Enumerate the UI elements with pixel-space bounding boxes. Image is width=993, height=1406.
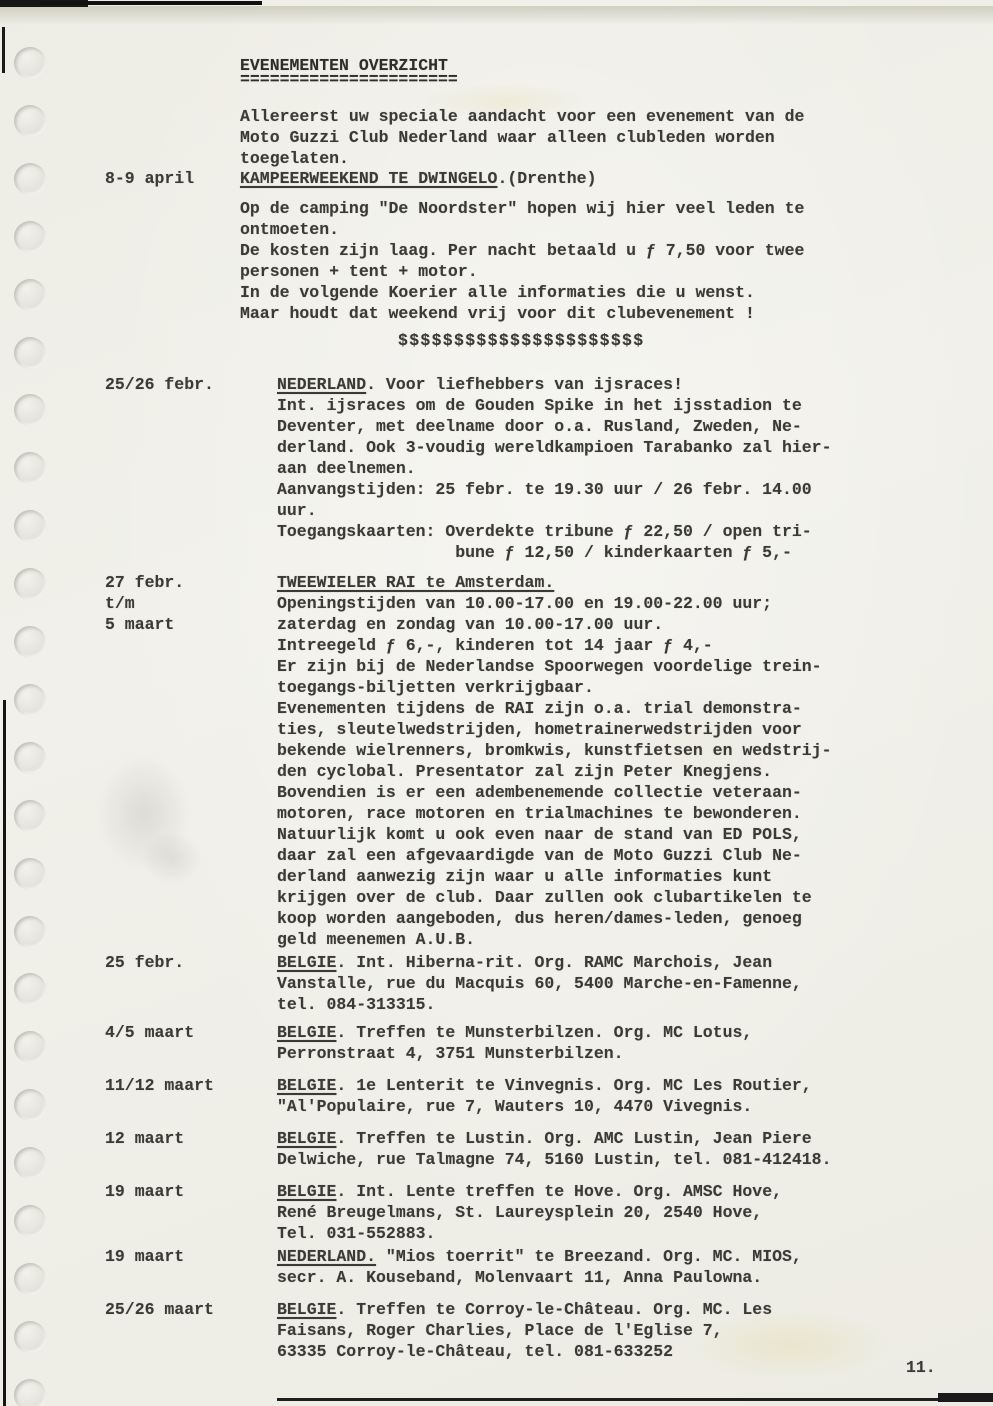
event-line: Toegangskaarten: Overdekte tribune ƒ 22,… — [277, 521, 965, 542]
event-line: Er zijn bij de Nederlandse Spoorwegen vo… — [277, 656, 965, 677]
event-line: Bovendien is er een adembenemende collec… — [277, 782, 965, 803]
event-first-line-rest: . Treffen te Munsterbilzen. Org. MC Lotu… — [336, 1023, 752, 1042]
event-date: 19 maart — [105, 1181, 184, 1202]
event-line: Faisans, Roger Charlies, Place de l'Egli… — [277, 1320, 965, 1341]
event-country-label: NEDERLAND. — [277, 1247, 376, 1266]
event-line: secr. A. Kouseband, Molenvaart 11, Anna … — [277, 1267, 965, 1288]
event-body: BELGIE. 1e Lenterit te Vinvegnis. Org. M… — [277, 1075, 965, 1117]
event-first-line: BELGIE. Int. Lente treffen te Hove. Org.… — [277, 1181, 965, 1202]
event-country-label: BELGIE — [277, 1129, 336, 1148]
event-line: bune ƒ 12,50 / kinderkaarten ƒ 5,- — [277, 542, 965, 563]
event-first-line-rest: . Treffen te Corroy-le-Château. Org. MC.… — [336, 1300, 772, 1319]
event-line: Openingstijden van 10.00-17.00 en 19.00-… — [277, 593, 965, 614]
event-first-line-rest: . 1e Lenterit te Vinvegnis. Org. MC Les … — [336, 1076, 811, 1095]
event-line: den cyclobal. Presentator zal zijn Peter… — [277, 761, 965, 782]
event-line: Tel. 031-552883. — [277, 1223, 965, 1244]
event-date: 11/12 maart — [105, 1075, 214, 1096]
event-line: geld meenemen A.U.B. — [277, 929, 965, 950]
event-first-line: NEDERLAND. Voor liefhebbers van ijsraces… — [277, 374, 965, 395]
event-row: 25/26 febr.NEDERLAND. Voor liefhebbers v… — [105, 374, 965, 563]
event-line: Int. ijsraces om de Gouden Spike in het … — [277, 395, 965, 416]
event-line: Perronstraat 4, 3751 Munsterbilzen. — [277, 1043, 965, 1064]
event-line: motoren, race motoren en trialmachines t… — [277, 803, 965, 824]
event-first-line: BELGIE. Treffen te Munsterbilzen. Org. M… — [277, 1022, 965, 1043]
events-list: 25/26 febr.NEDERLAND. Voor liefhebbers v… — [0, 0, 993, 1406]
event-body: BELGIE. Int. Lente treffen te Hove. Org.… — [277, 1181, 965, 1244]
event-line: tel. 084-313315. — [277, 994, 965, 1015]
event-line: Aanvangstijden: 25 febr. te 19.30 uur / … — [277, 479, 965, 500]
event-body: BELGIE. Treffen te Corroy-le-Château. Or… — [277, 1299, 965, 1362]
event-line: René Breugelmans, St. Laureysplein 20, 2… — [277, 1202, 965, 1223]
event-row: 12 maartBELGIE. Treffen te Lustin. Org. … — [105, 1128, 965, 1170]
event-line: uur. — [277, 500, 965, 521]
event-country-label: TWEEWIELER RAI te Amsterdam. — [277, 573, 554, 592]
event-row: 27 febr. t/m 5 maartTWEEWIELER RAI te Am… — [105, 572, 965, 950]
event-body: BELGIE. Treffen te Munsterbilzen. Org. M… — [277, 1022, 965, 1064]
event-country-label: BELGIE — [277, 1023, 336, 1042]
event-line: derland aanwezig zijn waar u alle inform… — [277, 866, 965, 887]
event-line: 63335 Corroy-le-Château, tel. 081-633252 — [277, 1341, 965, 1362]
event-date: 25/26 maart — [105, 1299, 214, 1320]
event-country-label: BELGIE — [277, 1182, 336, 1201]
event-line: derland. Ook 3-voudig wereldkampioen Tar… — [277, 437, 965, 458]
event-line: krijgen over de club. Daar zullen ook cl… — [277, 887, 965, 908]
event-line: "Al'Populaire, rue 7, Wauters 10, 4470 V… — [277, 1096, 965, 1117]
event-first-line: TWEEWIELER RAI te Amsterdam. — [277, 572, 965, 593]
event-first-line-rest: . Voor liefhebbers van ijsraces! — [366, 375, 683, 394]
event-line: Intreegeld ƒ 6,-, kinderen tot 14 jaar ƒ… — [277, 635, 965, 656]
event-date: 19 maart — [105, 1246, 184, 1267]
event-country-label: BELGIE — [277, 953, 336, 972]
event-first-line: BELGIE. Int. Hiberna-rit. Org. RAMC Marc… — [277, 952, 965, 973]
event-line: toegangs-biljetten verkrijgbaar. — [277, 677, 965, 698]
event-first-line: BELGIE. Treffen te Corroy-le-Château. Or… — [277, 1299, 965, 1320]
event-body: BELGIE. Int. Hiberna-rit. Org. RAMC Marc… — [277, 952, 965, 1015]
event-date: 12 maart — [105, 1128, 184, 1149]
page-number: 11. — [906, 1357, 936, 1378]
event-row: 25 febr.BELGIE. Int. Hiberna-rit. Org. R… — [105, 952, 965, 1015]
event-line: Delwiche, rue Talmagne 74, 5160 Lustin, … — [277, 1149, 965, 1170]
event-row: 11/12 maartBELGIE. 1e Lenterit te Vinveg… — [105, 1075, 965, 1117]
event-line: Natuurlijk komt u ook even naar de stand… — [277, 824, 965, 845]
event-line: Deventer, met deelname door o.a. Rusland… — [277, 416, 965, 437]
event-country-label: BELGIE — [277, 1076, 336, 1095]
event-date: 27 febr. t/m 5 maart — [105, 572, 184, 635]
event-first-line: NEDERLAND. "Mios toerrit" te Breezand. O… — [277, 1246, 965, 1267]
event-line: Vanstalle, rue du Macquis 60, 5400 March… — [277, 973, 965, 994]
event-first-line-rest: "Mios toerrit" te Breezand. Org. MC. MIO… — [376, 1247, 802, 1266]
event-first-line: BELGIE. 1e Lenterit te Vinvegnis. Org. M… — [277, 1075, 965, 1096]
event-row: 19 maartNEDERLAND. "Mios toerrit" te Bre… — [105, 1246, 965, 1288]
event-first-line-rest: . Int. Hiberna-rit. Org. RAMC Marchois, … — [336, 953, 772, 972]
event-row: 25/26 maartBELGIE. Treffen te Corroy-le-… — [105, 1299, 965, 1362]
event-line: aan deelnemen. — [277, 458, 965, 479]
event-date: 25 febr. — [105, 952, 184, 973]
event-row: 4/5 maartBELGIE. Treffen te Munsterbilze… — [105, 1022, 965, 1064]
event-line: koop worden aangeboden, dus heren/dames-… — [277, 908, 965, 929]
event-body: TWEEWIELER RAI te Amsterdam.Openingstijd… — [277, 572, 965, 950]
event-body: BELGIE. Treffen te Lustin. Org. AMC Lust… — [277, 1128, 965, 1170]
event-country-label: BELGIE — [277, 1300, 336, 1319]
event-line: Evenementen tijdens de RAI zijn o.a. tri… — [277, 698, 965, 719]
event-line: ties, sleutelwedstrijden, hometrainerwed… — [277, 719, 965, 740]
event-first-line: BELGIE. Treffen te Lustin. Org. AMC Lust… — [277, 1128, 965, 1149]
event-date: 25/26 febr. — [105, 374, 214, 395]
event-date: 4/5 maart — [105, 1022, 194, 1043]
event-line: bekende wielrenners, bromkwis, kunstfiet… — [277, 740, 965, 761]
event-first-line-rest: . Int. Lente treffen te Hove. Org. AMSC … — [336, 1182, 782, 1201]
event-first-line-rest: . Treffen te Lustin. Org. AMC Lustin, Je… — [336, 1129, 811, 1148]
event-row: 19 maartBELGIE. Int. Lente treffen te Ho… — [105, 1181, 965, 1244]
event-country-label: NEDERLAND — [277, 375, 366, 394]
event-line: zaterdag en zondag van 10.00-17.00 uur. — [277, 614, 965, 635]
event-body: NEDERLAND. "Mios toerrit" te Breezand. O… — [277, 1246, 965, 1288]
event-line: daar zal een afgevaardigde van de Moto G… — [277, 845, 965, 866]
event-body: NEDERLAND. Voor liefhebbers van ijsraces… — [277, 374, 965, 563]
scanned-document-page: EVENEMENTEN OVERZICHT ==================… — [0, 0, 993, 1406]
